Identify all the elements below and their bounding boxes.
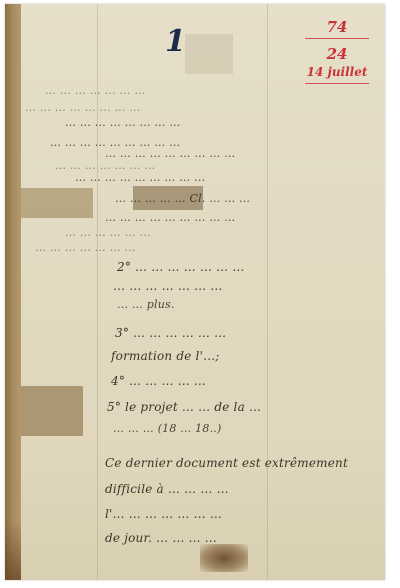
annotation-rule — [305, 38, 369, 39]
manuscript-line: … … … (18 … 18..) — [113, 422, 221, 435]
manuscript-line: Ce dernier document est extrêmement — [105, 456, 348, 470]
manuscript-line: … … … … … … … … — [65, 116, 180, 129]
manuscript-line: … … … … … … … — [45, 84, 146, 97]
manuscript-line: 2° … … … … … … … — [117, 260, 245, 274]
margin-annotation: 74 24 14 juillet — [301, 18, 373, 90]
annotation-line: 14 juillet — [301, 63, 373, 81]
manuscript-line: … … … … … … … — [113, 279, 223, 293]
manuscript-line: l'… … … … … … … — [105, 507, 222, 521]
manuscript-line: … … plus. — [117, 298, 175, 311]
manuscript-line: … … … … … … — [65, 226, 151, 239]
manuscript-line: … … … … … Cl. … … … — [115, 192, 250, 205]
page-number: 1 — [165, 24, 186, 59]
manuscript-page: 1 74 24 14 juillet … … … … … … … … … … …… — [5, 4, 385, 580]
annotation-rule — [305, 83, 369, 84]
paper-patch — [185, 34, 233, 74]
manuscript-line: difficile à … … … … — [105, 482, 229, 496]
manuscript-line: … … … … … … … — [35, 241, 136, 254]
manuscript-line: 5° le projet … … de la … — [107, 400, 261, 414]
manuscript-line: de jour. … … … … — [105, 531, 217, 545]
annotation-line: 74 — [301, 18, 373, 36]
tape-patch — [21, 386, 83, 436]
fold-line — [267, 4, 268, 580]
ink-stain — [200, 544, 248, 572]
binding-strip — [5, 4, 21, 580]
manuscript-line: 3° … … … … … … — [115, 326, 226, 340]
annotation-line: 24 — [301, 45, 373, 63]
manuscript-line: 4° … … … … … — [111, 374, 206, 388]
manuscript-line: … … … … … … … … — [25, 101, 140, 114]
manuscript-line: … … … … … … … … … — [105, 211, 235, 224]
tape-patch — [21, 188, 93, 218]
manuscript-line: … … … … … … … … … — [75, 171, 205, 184]
manuscript-line: formation de l'…; — [111, 349, 220, 363]
